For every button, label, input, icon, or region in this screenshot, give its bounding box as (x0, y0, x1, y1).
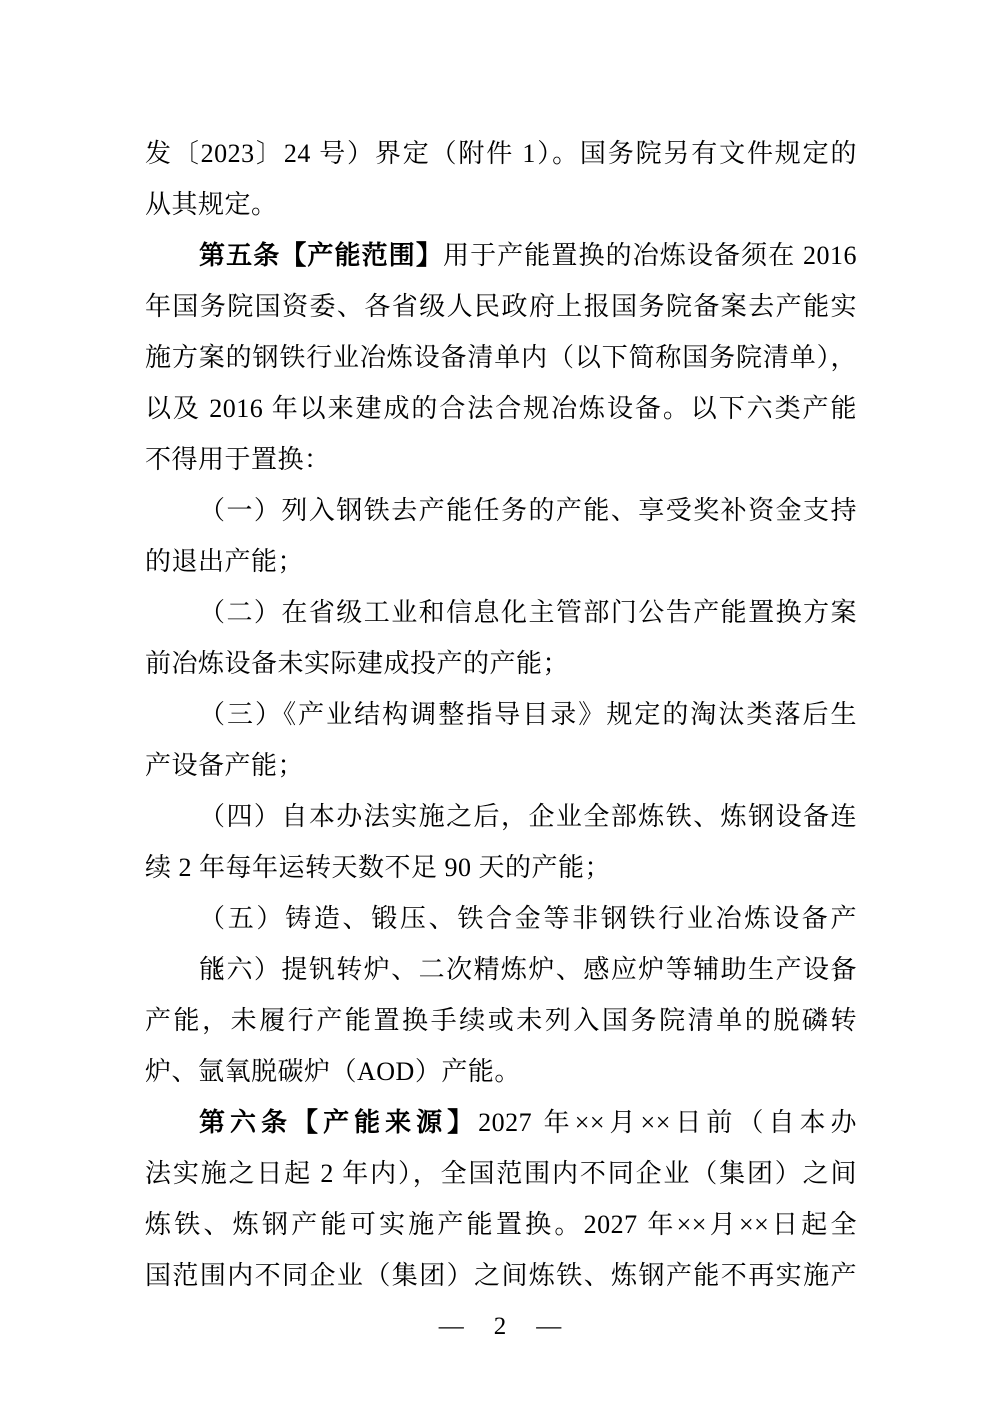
text-line-item-1: （一）列入钢铁去产能任务的产能、享受奖补资金支持 (145, 485, 857, 536)
line-text: （六）提钒转炉、二次精炼炉、感应炉等辅助生产设备 (199, 955, 857, 984)
line-text: 法实施之日起 2 年内），全国范围内不同企业（集团）之间 (145, 1159, 857, 1188)
text-line-item-5: （五）铸造、锻压、铁合金等非钢铁行业冶炼设备产能； (145, 893, 857, 944)
line-text: 续 2 年每年运转天数不足 90 天的产能； (145, 853, 611, 882)
page-footer: —2— (0, 1305, 1000, 1349)
line-text: 炉、氩氧脱碳炉（AOD）产能。 (145, 1057, 521, 1086)
page-number: 2 (494, 1305, 507, 1349)
text-line: 发〔2023〕24 号）界定（附件 1）。国务院另有文件规定的 (145, 128, 857, 179)
line-text: 以及 2016 年以来建成的合法合规冶炼设备。以下六类产能 (145, 394, 857, 423)
text-line-article-6: 第六条【产能来源】2027 年××月××日前（自本办 (145, 1097, 857, 1148)
line-text: 发〔2023〕24 号）界定（附件 1）。国务院另有文件规定的 (145, 139, 857, 168)
text-line: 以及 2016 年以来建成的合法合规冶炼设备。以下六类产能 (145, 383, 857, 434)
line-text: 用于产能置换的冶炼设备须在 2016 (443, 241, 857, 270)
line-text: 炼铁、炼钢产能可实施产能置换。2027 年××月××日起全 (145, 1210, 857, 1239)
text-line: 产设备产能； (145, 740, 857, 791)
line-text: 2027 年××月××日前（自本办 (478, 1108, 857, 1137)
document-body: 发〔2023〕24 号）界定（附件 1）。国务院另有文件规定的 从其规定。 第五… (145, 128, 857, 1301)
text-line: 前冶炼设备未实际建成投产的产能； (145, 638, 857, 689)
text-line-article-5: 第五条【产能范围】用于产能置换的冶炼设备须在 2016 (145, 230, 857, 281)
text-line: 国范围内不同企业（集团）之间炼铁、炼钢产能不再实施产 (145, 1250, 857, 1301)
line-text: （二）在省级工业和信息化主管部门公告产能置换方案 (199, 598, 857, 627)
text-line-item-4: （四）自本办法实施之后，企业全部炼铁、炼钢设备连 (145, 791, 857, 842)
text-line: 不得用于置换： (145, 434, 857, 485)
article-5-heading: 第五条【产能范围】 (199, 240, 443, 270)
line-text: 产能，未履行产能置换手续或未列入国务院清单的脱磷转 (145, 1006, 857, 1035)
line-text: 的退出产能； (145, 547, 304, 576)
text-line: 的退出产能； (145, 536, 857, 587)
line-text: 施方案的钢铁行业冶炼设备清单内（以下简称国务院清单）， (145, 343, 857, 372)
text-line: 产能，未履行产能置换手续或未列入国务院清单的脱磷转 (145, 995, 857, 1046)
text-line: 炼铁、炼钢产能可实施产能置换。2027 年××月××日起全 (145, 1199, 857, 1250)
footer-dash-right: — (536, 1305, 561, 1349)
text-line: 从其规定。 (145, 179, 857, 230)
document-page: 发〔2023〕24 号）界定（附件 1）。国务院另有文件规定的 从其规定。 第五… (0, 0, 1000, 1414)
text-line: 炉、氩氧脱碳炉（AOD）产能。 (145, 1046, 857, 1097)
line-text: 年国务院国资委、各省级人民政府上报国务院备案去产能实 (145, 292, 857, 321)
text-line-item-2: （二）在省级工业和信息化主管部门公告产能置换方案 (145, 587, 857, 638)
line-text: 从其规定。 (145, 190, 278, 219)
line-text: （四）自本办法实施之后，企业全部炼铁、炼钢设备连 (199, 802, 857, 831)
line-text: 国范围内不同企业（集团）之间炼铁、炼钢产能不再实施产 (145, 1261, 857, 1290)
footer-dash-left: — (439, 1305, 464, 1349)
line-text: 产设备产能； (145, 751, 304, 780)
text-line-item-3: （三）《产业结构调整指导目录》规定的淘汰类落后生 (145, 689, 857, 740)
line-text: （一）列入钢铁去产能任务的产能、享受奖补资金支持 (199, 496, 857, 525)
text-line: 施方案的钢铁行业冶炼设备清单内（以下简称国务院清单）， (145, 332, 857, 383)
text-line: 年国务院国资委、各省级人民政府上报国务院备案去产能实 (145, 281, 857, 332)
line-text: （三）《产业结构调整指导目录》规定的淘汰类落后生 (199, 700, 857, 729)
text-line: 续 2 年每年运转天数不足 90 天的产能； (145, 842, 857, 893)
line-text: 不得用于置换： (145, 445, 331, 474)
line-text: 前冶炼设备未实际建成投产的产能； (145, 649, 569, 678)
text-line-item-6: （六）提钒转炉、二次精炼炉、感应炉等辅助生产设备 (145, 944, 857, 995)
text-line: 法实施之日起 2 年内），全国范围内不同企业（集团）之间 (145, 1148, 857, 1199)
article-6-heading: 第六条【产能来源】 (199, 1107, 478, 1137)
